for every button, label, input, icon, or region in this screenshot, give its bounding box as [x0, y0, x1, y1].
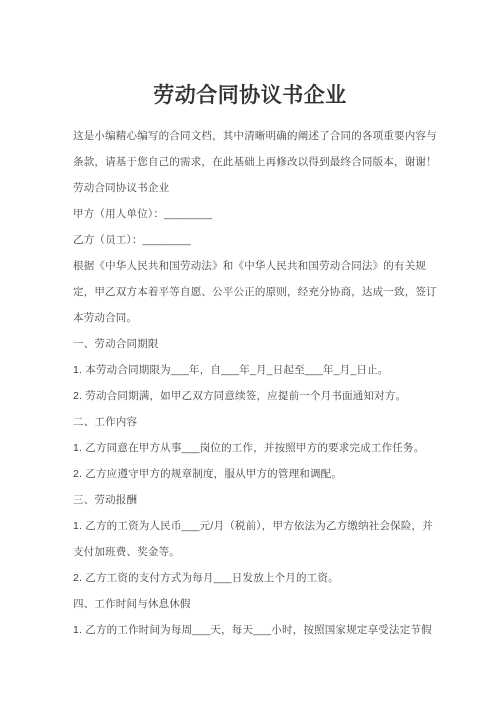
document-body: 这是小编精心编写的合同文档，其中清晰明确的阐述了合同的各项重要内容与 条款，请基…	[0, 123, 500, 643]
doc-line-section-1-item-1: 1. 本劳动合同期限为___年，自___年_月_日起至___年_月_日止。	[73, 357, 450, 383]
doc-line-preamble-2: 定，甲乙双方本着平等自愿、公平公正的原则，经充分协商，达成一致，签订	[73, 279, 450, 305]
doc-line-subtitle: 劳动合同协议书企业	[73, 175, 450, 201]
doc-line-section-4-heading: 四、工作时间与休息休假	[73, 591, 450, 617]
doc-line-intro-1: 这是小编精心编写的合同文档，其中清晰明确的阐述了合同的各项重要内容与	[73, 123, 450, 149]
doc-line-section-3-item-2: 2. 乙方工资的支付方式为每月___日发放上个月的工资。	[73, 565, 450, 591]
doc-line-section-3-heading: 三、劳动报酬	[73, 487, 450, 513]
doc-line-section-1-item-2: 2. 劳动合同期满，如甲乙双方同意续签，应提前一个月书面通知对方。	[73, 383, 450, 409]
document-title: 劳动合同协议书企业	[0, 0, 500, 108]
doc-line-intro-2: 条款，请基于您自己的需求，在此基础上再修改以得到最终合同版本，谢谢！	[73, 149, 450, 175]
document-page: 劳动合同协议书企业 这是小编精心编写的合同文档，其中清晰明确的阐述了合同的各项重…	[0, 0, 500, 707]
doc-line-section-4-item-1: 1. 乙方的工作时间为每周___天，每天___小时，按照国家规定享受法定节假	[73, 617, 450, 643]
doc-line-preamble-1: 根据《中华人民共和国劳动法》和《中华人民共和国劳动合同法》的有关规	[73, 253, 450, 279]
doc-line-preamble-3: 本劳动合同。	[73, 305, 450, 331]
doc-line-section-2-item-1: 1. 乙方同意在甲方从事___岗位的工作，并按照甲方的要求完成工作任务。	[73, 435, 450, 461]
doc-line-section-2-item-2: 2. 乙方应遵守甲方的规章制度，服从甲方的管理和调配。	[73, 461, 450, 487]
doc-line-section-1-heading: 一、劳动合同期限	[73, 331, 450, 357]
doc-line-party-a: 甲方（用人单位）：________	[73, 201, 450, 227]
doc-line-party-b: 乙方（员工）：________	[73, 227, 450, 253]
doc-line-section-3-item-1a: 1. 乙方的工资为人民币___元/月（税前），甲方依法为乙方缴纳社会保险，并	[73, 513, 450, 539]
doc-line-section-3-item-1b: 支付加班费、奖金等。	[73, 539, 450, 565]
doc-line-section-2-heading: 二、工作内容	[73, 409, 450, 435]
